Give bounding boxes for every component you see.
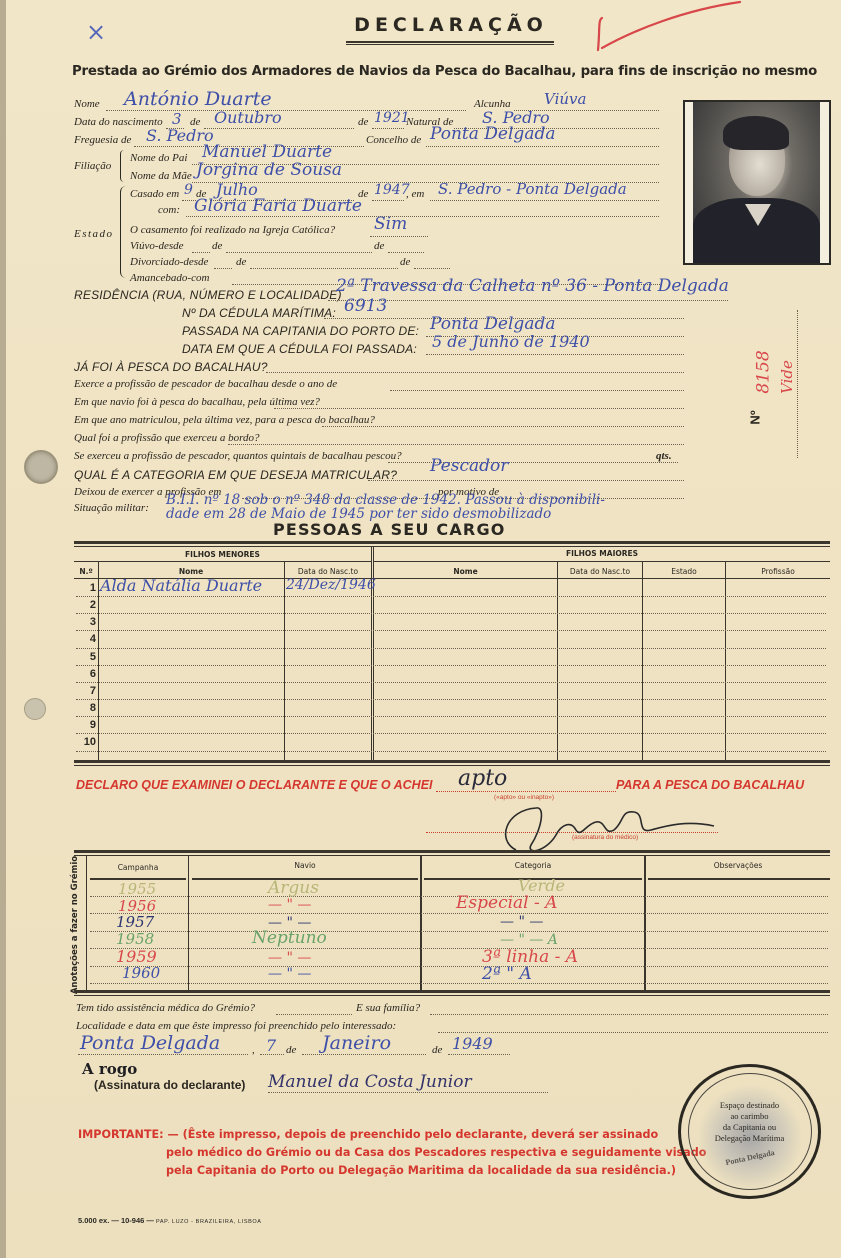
col-navio-header: Navio [190, 861, 420, 870]
navio-cell[interactable]: — " — [268, 950, 311, 966]
categoria-cell[interactable]: — " — A [500, 932, 558, 948]
nascimento-ano-field[interactable]: 1921 [374, 110, 410, 126]
quintais-unit: qts. [656, 450, 672, 462]
stamp-line-4: Delegação Marítima [715, 1133, 785, 1144]
igreja-label: O casamento foi realizado na Igreja Cató… [130, 224, 335, 236]
amancebado-label: Amancebado-com [130, 272, 209, 284]
page-subtitle: Prestada ao Grémio dos Armadores de Navi… [72, 64, 817, 79]
cedula-label: Nº DA CÉDULA MARÍTIMA: [182, 306, 336, 320]
assistencia-label: Tem tido assistência médica do Grémio? [76, 1002, 255, 1014]
casado-local-field[interactable]: S. Pedro - Ponta Delgada [438, 180, 627, 198]
stamp-line-1: Espaço destinado [720, 1100, 779, 1111]
categoria-cell[interactable]: 2ª " A [482, 964, 532, 984]
navio-label: Em que navio foi à pesca do bacalhau, pe… [74, 396, 320, 408]
concelho-label: Concelho de [366, 134, 421, 146]
navio-cell[interactable]: Neptuno [252, 928, 327, 948]
col-data-maiores-header: Data do Nasc.to [558, 567, 642, 576]
table-bottom-rule [74, 760, 830, 766]
com-label: com: [158, 204, 180, 216]
casado-dia-field[interactable]: 9 [184, 182, 193, 198]
campanha-cell[interactable]: 1957 [116, 913, 154, 931]
row-number: 10 [78, 736, 96, 748]
page-title: DECLARAÇÃO [346, 14, 556, 36]
pai-field[interactable]: Manuel Duarte [202, 142, 332, 162]
de-label: de [212, 240, 222, 252]
table-top-rule [74, 541, 830, 547]
militar-label: Situação militar: [74, 502, 149, 514]
desde-label: Exerce a profissão de pescador de bacalh… [74, 378, 337, 390]
assinatura-declarante-field[interactable]: Manuel da Costa Junior [268, 1072, 472, 1092]
col-nome-maiores-header: Nome [374, 567, 557, 576]
localidade-label: Localidade e data em que êste impresso f… [76, 1020, 396, 1032]
de-label: de [358, 116, 368, 128]
printer-footer: 5.000 ex. — 10-946 — PAP. LUZO - BRAZILE… [78, 1216, 262, 1225]
de-label: de [374, 240, 384, 252]
importante-line-2: pelo médico do Grémio ou da Casa dos Pes… [78, 1144, 706, 1162]
row-number: 1 [82, 582, 96, 594]
capitania-field[interactable]: Ponta Delgada [430, 314, 555, 334]
casado-ano-field[interactable]: 1947 [374, 182, 410, 198]
anotacoes-side-label: Anotações a fazer no Grémio [66, 860, 84, 990]
de-label: de [432, 1044, 442, 1056]
importante-line-3: pela Capitania do Porto ou Delegação Mar… [78, 1162, 706, 1180]
nascimento-mes-field[interactable]: Outubro [214, 108, 282, 127]
residencia-field[interactable]: 2ª Travessa da Calheta nº 36 - Ponta Del… [336, 276, 729, 296]
dia-field[interactable]: 7 [266, 1036, 276, 1055]
anotacoes-side-text: Anotações a fazer no Grémio [70, 856, 80, 994]
binder-hole-small [24, 698, 46, 720]
numero-label: Nº [748, 410, 763, 424]
registration-number: Nº 8158 Vide [750, 350, 786, 460]
alcunha-field[interactable]: Viúva [544, 90, 586, 108]
row-number: 4 [82, 633, 96, 645]
col-num-header: N.º [74, 567, 98, 576]
categoria-label: QUAL É A CATEGORIA EM QUE DESEJA MATRICU… [74, 468, 397, 482]
navio-cell[interactable]: — " — [268, 966, 311, 982]
col-profissao-header: Profissão [726, 567, 830, 576]
printer-text: PAP. LUZO - BRAZILEIRA, LISBOA [156, 1219, 262, 1225]
nome-label: Nome [74, 98, 100, 110]
de-label: de [400, 256, 410, 268]
anotacoes-bottom-rule [74, 990, 830, 996]
nome-field[interactable]: António Duarte [124, 88, 272, 110]
ja-foi-label: JÁ FOI À PESCA DO BACALHAU? [74, 360, 268, 374]
para-label: PARA A PESCA DO BACALHAU [616, 778, 804, 792]
categoria-cell[interactable]: Especial - A [456, 893, 557, 913]
binder-hole [24, 450, 58, 484]
ano-field[interactable]: 1949 [452, 1034, 493, 1053]
de-label: de [286, 1044, 296, 1056]
stamp-seal-text: Ponta Delgada [724, 1147, 775, 1168]
pai-label: Nome do Pai [130, 152, 187, 164]
row-number: 3 [82, 616, 96, 628]
col-categoria-header: Categoria [422, 861, 644, 870]
red-check-mark-icon [594, 0, 744, 55]
row-number: 2 [82, 599, 96, 611]
assinatura-medico-hint: (assinatura do médico) [572, 834, 638, 841]
capitania-stamp: Espaço destinado ao carimbo da Capitania… [678, 1064, 821, 1199]
importante-note: IMPORTANTE: — (Êste impresso, depois de … [78, 1126, 706, 1180]
categoria-field[interactable]: Pescador [430, 456, 508, 476]
freguesia-label: Freguesia de [74, 134, 131, 146]
casado-label: Casado em [130, 188, 179, 200]
edition-text: 5.000 ex. — 10-946 — [78, 1216, 154, 1225]
viuvo-label: Viúvo-desde [130, 240, 184, 252]
col-campanha-header: Campanha [88, 863, 188, 872]
col-observacoes-header: Observações [646, 861, 830, 870]
margin-cross-mark: × [86, 18, 106, 46]
de-label: de [236, 256, 246, 268]
row-number: 6 [82, 668, 96, 680]
row-number: 7 [82, 685, 96, 697]
assinatura-declarante-label: (Assinatura do declarante) [94, 1078, 245, 1092]
campanha-cell[interactable]: 1960 [122, 964, 160, 982]
divorciado-label: Divorciado-desde [130, 256, 208, 268]
row-number: 8 [82, 702, 96, 714]
data-cedula-field[interactable]: 5 de Junho de 1940 [432, 332, 590, 351]
col-estado-header: Estado [643, 567, 725, 576]
localidade-field[interactable]: Ponta Delgada [80, 1032, 220, 1054]
filho-nome-field[interactable]: Alda Natália Duarte [100, 576, 262, 595]
portrait-photo [683, 100, 831, 265]
stamp-line-3: da Capitania ou [723, 1122, 776, 1133]
mae-label: Nome da Mãe [130, 170, 192, 182]
estado-brace [120, 186, 126, 278]
quintais-label: Se exerceu a profissão de pescador, quan… [74, 450, 402, 462]
navio-cell[interactable]: — " — [268, 897, 311, 913]
concelho-field[interactable]: Ponta Delgada [430, 124, 555, 144]
title-underline [346, 41, 554, 45]
mae-field[interactable]: Jorgina de Sousa [196, 160, 342, 180]
campanha-cell[interactable]: 1958 [116, 930, 154, 948]
row-number: 5 [82, 651, 96, 663]
filiacao-label: Filiação [74, 160, 111, 172]
importante-line-1: IMPORTANTE: — (Êste impresso, depois de … [78, 1126, 706, 1144]
col-nome-menores-header: Nome [99, 567, 283, 576]
categoria-cell[interactable]: — " — [500, 914, 543, 930]
comma: , [252, 1044, 255, 1056]
row-number: 9 [82, 719, 96, 731]
navio-cell[interactable]: Argus [268, 878, 319, 898]
filiacao-brace [120, 150, 126, 182]
col-data-menores-header: Data do Nasc.to [285, 567, 371, 576]
data-cedula-label: DATA EM QUE A CÉDULA FOI PASSADA: [182, 342, 417, 356]
cedula-field[interactable]: 6913 [344, 296, 387, 316]
stamp-line-2: ao carimbo [731, 1111, 769, 1122]
filhos-maiores-header: FILHOS MAIORES [374, 549, 830, 558]
residencia-label: RESIDÊNCIA (RUA, NÚMERO E LOCALIDADE) [74, 288, 342, 302]
com-field[interactable]: Glória Faria Duarte [194, 196, 362, 216]
capitania-label: PASSADA NA CAPITANIA DO PORTO DE: [182, 324, 419, 338]
campanha-cell[interactable]: 1955 [118, 880, 156, 898]
side-dotted-divider [797, 310, 798, 458]
igreja-field[interactable]: Sim [374, 214, 407, 234]
familia-label: E sua família? [356, 1002, 420, 1014]
estado-label: Estado [74, 228, 114, 240]
filho-data-field[interactable]: 24/Dez/1946 [286, 577, 376, 593]
section-title-pessoas: PESSOAS A SEU CARGO [273, 520, 506, 539]
matriculou-label: Em que ano matriculou, pela última vez, … [74, 414, 375, 426]
declaro-label: DECLARO QUE EXAMINEI O DECLARANTE E QUE … [76, 778, 433, 792]
filhos-menores-header: FILHOS MENORES [74, 550, 371, 559]
vide-note: Vide [778, 360, 796, 394]
em-label: , em [406, 188, 424, 200]
resultado-field[interactable]: apto [458, 766, 507, 791]
profissao-label: Qual foi a profissão que exerceu a bordo… [74, 432, 259, 444]
mes-field[interactable]: Janeiro [322, 1032, 391, 1054]
numero-value: 8158 [754, 350, 774, 393]
declaration-form: × DECLARAÇÃO Prestada ao Grémio dos Arma… [0, 0, 841, 1258]
a-rogo-note: A rogo [82, 1060, 137, 1078]
